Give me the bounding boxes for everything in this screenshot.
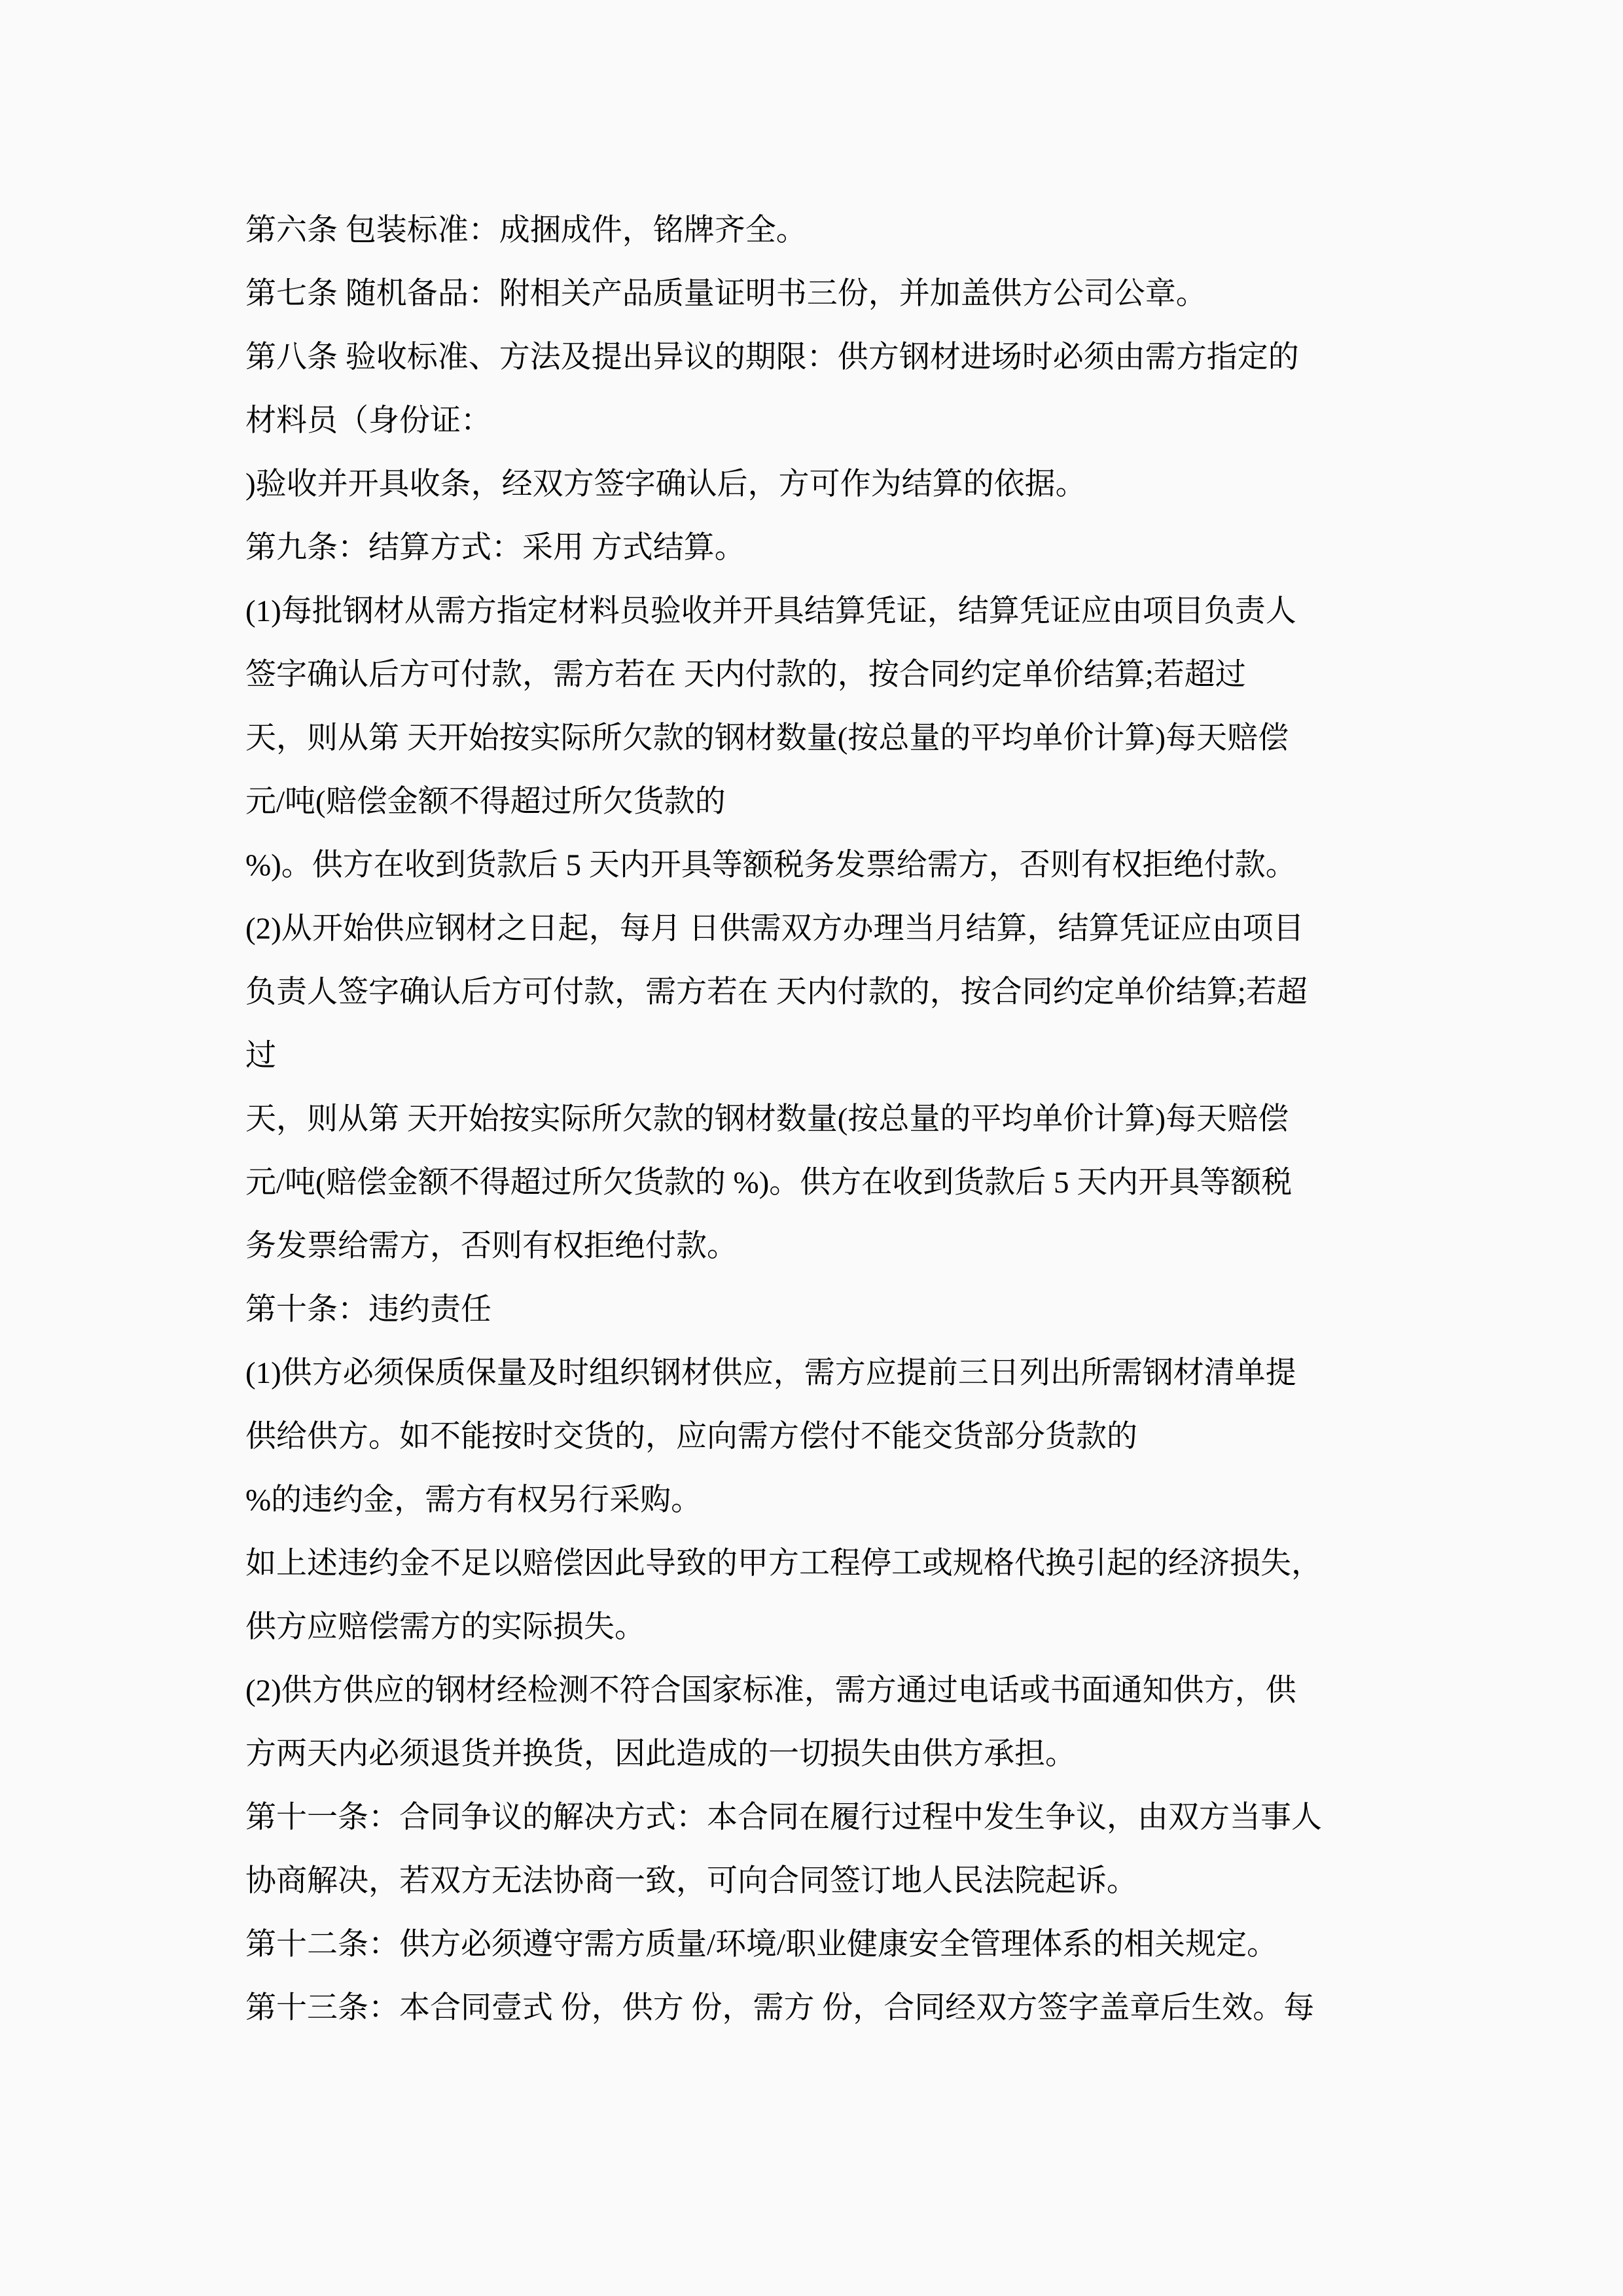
contract-line-15: 天，则从第 天开始按实际所欠款的钢材数量(按总量的平均单价计算)每天赔偿 — [245, 1088, 1400, 1151]
contract-line-6: 第九条：结算方式：采用 方式结算。 — [245, 516, 1400, 580]
contract-line-5: )验收并开具收条，经双方签字确认后，方可作为结算的依据。 — [245, 453, 1400, 516]
contract-line-13: 负责人签字确认后方可付款，需方若在 天内付款的，按合同约定单价结算;若超 — [245, 961, 1400, 1024]
contract-line-20: 供给供方。如不能按时交货的，应向需方偿付不能交货部分货款的 — [245, 1405, 1400, 1469]
contract-line-8: 签字确认后方可付款，需方若在 天内付款的，按合同约定单价结算;若超过 — [245, 643, 1400, 707]
contract-line-23: 供方应赔偿需方的实际损失。 — [245, 1596, 1400, 1659]
contract-line-24: (2)供方供应的钢材经检测不符合国家标准，需方通过电话或书面通知供方，供 — [245, 1659, 1400, 1723]
contract-line-29: 第十三条：本合同壹式 份，供方 份，需方 份，合同经双方签字盖章后生效。每 — [245, 1977, 1400, 2040]
contract-line-2: 第七条 随机备品：附相关产品质量证明书三份，并加盖供方公司公章。 — [245, 262, 1400, 326]
contract-line-19: (1)供方必须保质保量及时组织钢材供应，需方应提前三日列出所需钢材清单提 — [245, 1342, 1400, 1405]
contract-line-10: 元/吨(赔偿金额不得超过所欠货款的 — [245, 770, 1400, 834]
contract-line-25: 方两天内必须退货并换货，因此造成的一切损失由供方承担。 — [245, 1723, 1400, 1786]
contract-line-3: 第八条 验收标准、方法及提出异议的期限：供方钢材进场时必须由需方指定的 — [245, 326, 1400, 389]
contract-line-9: 天，则从第 天开始按实际所欠款的钢材数量(按总量的平均单价计算)每天赔偿 — [245, 707, 1400, 770]
contract-line-18: 第十条：违约责任 — [245, 1278, 1400, 1342]
contract-line-14: 过 — [245, 1024, 1400, 1088]
contract-line-4: 材料员（身份证： — [245, 389, 1400, 453]
contract-line-26: 第十一条：合同争议的解决方式：本合同在履行过程中发生争议，由双方当事人 — [245, 1786, 1400, 1850]
contract-body: 第六条 包装标准：成捆成件，铭牌齐全。第七条 随机备品：附相关产品质量证明书三份… — [245, 199, 1400, 2040]
contract-line-27: 协商解决，若双方无法协商一致，可向合同签订地人民法院起诉。 — [245, 1850, 1400, 1913]
contract-line-28: 第十二条：供方必须遵守需方质量/环境/职业健康安全管理体系的相关规定。 — [245, 1913, 1400, 1977]
contract-line-16: 元/吨(赔偿金额不得超过所欠货款的 %)。供方在收到货款后 5 天内开具等额税 — [245, 1151, 1400, 1215]
contract-line-12: (2)从开始供应钢材之日起，每月 日供需双方办理当月结算，结算凭证应由项目 — [245, 897, 1400, 961]
contract-line-1: 第六条 包装标准：成捆成件，铭牌齐全。 — [245, 199, 1400, 262]
contract-line-7: (1)每批钢材从需方指定材料员验收并开具结算凭证，结算凭证应由项目负责人 — [245, 580, 1400, 643]
contract-line-11: %)。供方在收到货款后 5 天内开具等额税务发票给需方，否则有权拒绝付款。 — [245, 834, 1400, 897]
contract-page: 第六条 包装标准：成捆成件，铭牌齐全。第七条 随机备品：附相关产品质量证明书三份… — [0, 0, 1623, 2296]
contract-line-17: 务发票给需方，否则有权拒绝付款。 — [245, 1215, 1400, 1278]
contract-line-21: %的违约金，需方有权另行采购。 — [245, 1469, 1400, 1532]
contract-line-22: 如上述违约金不足以赔偿因此导致的甲方工程停工或规格代换引起的经济损失， — [245, 1532, 1400, 1596]
